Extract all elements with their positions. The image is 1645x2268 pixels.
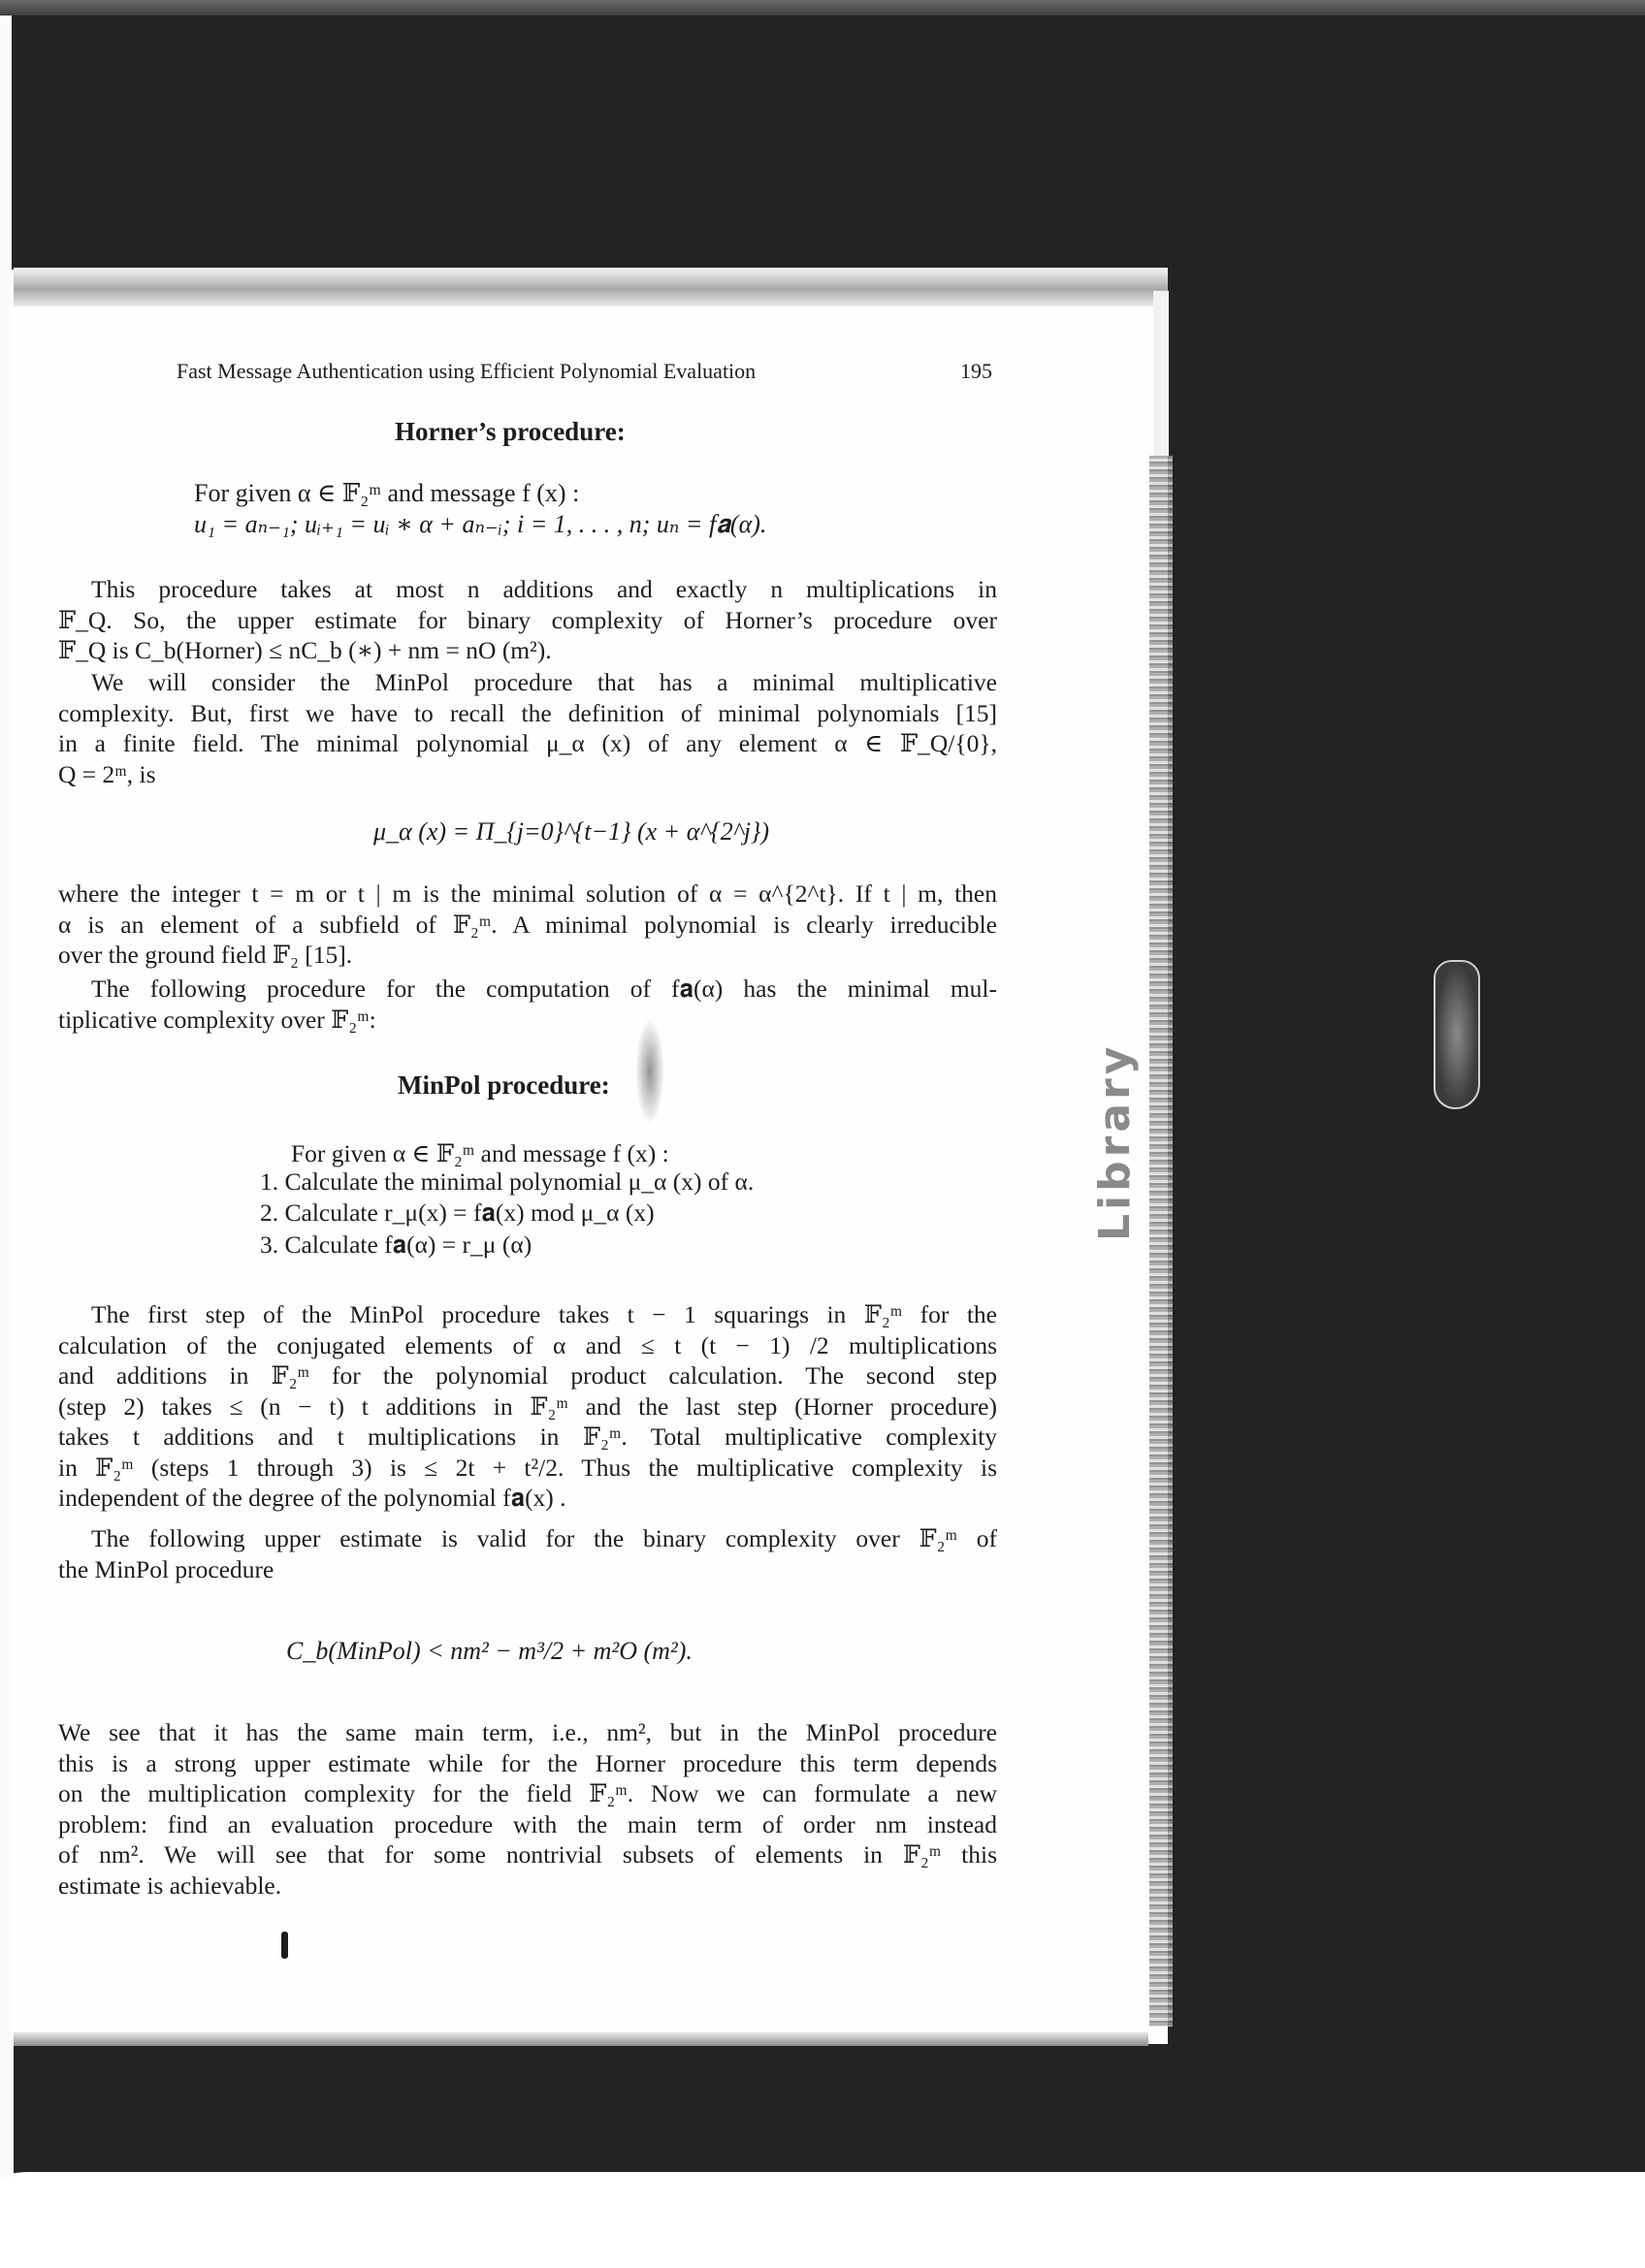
paragraph-conclusion: We see that it has the same main term, i… bbox=[58, 1717, 997, 1901]
minpol-step-2: 2. Calculate r_μ(x) = f𝐚(x) mod μ_α (x) bbox=[260, 1200, 655, 1226]
scanner-background-top bbox=[10, 16, 1645, 270]
text-line: (step 2) takes ≤ (n − t) t additions in … bbox=[58, 1391, 997, 1422]
text-line: 𝔽_Q. So, the upper estimate for binary c… bbox=[58, 605, 997, 636]
text-line: estimate is achievable. bbox=[58, 1870, 997, 1901]
text-line: of nm². We will see that for some nontri… bbox=[58, 1839, 997, 1870]
text-line: The following procedure for the computat… bbox=[58, 974, 997, 1005]
text-line: takes t additions and t multiplications … bbox=[58, 1421, 997, 1453]
library-stamp: Library bbox=[1090, 853, 1129, 1241]
text-line: tiplicative complexity over 𝔽₂ᵐ: bbox=[58, 1005, 997, 1036]
paragraph-minpol-complexity: The first step of the MinPol procedure t… bbox=[58, 1299, 997, 1514]
text-line: 𝔽_Q is C_b(Horner) ≤ nC_b (∗) + nm = nO … bbox=[58, 635, 997, 666]
paragraph-minimal-solution: where the integer t = m or t | m is the … bbox=[58, 878, 997, 971]
paragraph-procedure-lead-in: The following procedure for the computat… bbox=[58, 974, 997, 1035]
text-line: independent of the degree of the polynom… bbox=[58, 1483, 997, 1514]
running-title: Fast Message Authentication using Effici… bbox=[177, 361, 756, 382]
horner-procedure-title: Horner’s procedure: bbox=[395, 419, 626, 445]
text-line: in 𝔽₂ᵐ (steps 1 through 3) is ≤ 2t + t²/… bbox=[58, 1453, 997, 1484]
paragraph-binary-estimate: The following upper estimate is valid fo… bbox=[58, 1523, 997, 1584]
text-line: We will consider the MinPol procedure th… bbox=[58, 667, 997, 698]
text-line: over the ground field 𝔽₂ [15]. bbox=[58, 940, 997, 971]
text-line: The following upper estimate is valid fo… bbox=[58, 1523, 997, 1554]
text-line: in a finite field. The minimal polynomia… bbox=[58, 728, 997, 759]
minpol-procedure-given: For given α ∈ 𝔽₂ᵐ and message f (x) : bbox=[291, 1141, 669, 1166]
text-line: and additions in 𝔽₂ᵐ for the polynomial … bbox=[58, 1360, 997, 1391]
minpol-step-1: 1. Calculate the minimal polynomial μ_α … bbox=[260, 1169, 754, 1195]
page-bottom-edge bbox=[14, 2032, 1148, 2046]
horner-procedure-given: For given α ∈ 𝔽₂ᵐ and message f (x) : bbox=[194, 481, 579, 506]
scanner-background-right bbox=[1168, 262, 1645, 2046]
text-line: where the integer t = m or t | m is the … bbox=[58, 878, 997, 910]
page-top-edge bbox=[14, 268, 1168, 306]
dust-speck bbox=[1434, 960, 1480, 1109]
scanner-glass-bottom bbox=[0, 2172, 1645, 2268]
ink-mark bbox=[281, 1932, 288, 1959]
text-line: α is an element of a subfield of 𝔽₂ᵐ. A … bbox=[58, 910, 997, 941]
text-line: problem: find an evaluation procedure wi… bbox=[58, 1809, 997, 1840]
paragraph-horner-complexity: This procedure takes at most n additions… bbox=[58, 574, 997, 666]
horner-procedure-recurrence: u₁ = aₙ₋₁; uᵢ₊₁ = uᵢ ∗ α + aₙ₋ᵢ; i = 1, … bbox=[194, 512, 766, 537]
text-line: complexity. But, first we have to recall… bbox=[58, 698, 997, 729]
minpol-step-3: 3. Calculate f𝐚(α) = r_μ (α) bbox=[260, 1232, 532, 1258]
book-spine bbox=[1149, 456, 1173, 2027]
text-line: This procedure takes at most n additions… bbox=[58, 574, 997, 605]
text-line: We see that it has the same main term, i… bbox=[58, 1717, 997, 1748]
scanner-background-bottom bbox=[14, 2036, 1645, 2180]
page-spine-highlight bbox=[1153, 291, 1169, 456]
text-line: this is a strong upper estimate while fo… bbox=[58, 1748, 997, 1779]
minpol-bound-equation: C_b(MinPol) < nm² − m³/2 + m²O (m²). bbox=[286, 1639, 693, 1664]
text-line: the MinPol procedure bbox=[58, 1554, 997, 1585]
scanner-edge-left bbox=[0, 16, 12, 2178]
text-line: The first step of the MinPol procedure t… bbox=[58, 1299, 997, 1330]
text-line: calculation of the conjugated elements o… bbox=[58, 1330, 997, 1361]
page-number: 195 bbox=[960, 361, 992, 382]
minpol-procedure-title: MinPol procedure: bbox=[398, 1072, 610, 1099]
text-line: Q = 2ᵐ, is bbox=[58, 759, 997, 790]
minimal-polynomial-equation: μ_α (x) = Π_{j=0}^{t−1} (x + α^{2^j}) bbox=[373, 819, 769, 845]
paragraph-minpol-intro: We will consider the MinPol procedure th… bbox=[58, 667, 997, 789]
text-line: on the multiplication complexity for the… bbox=[58, 1778, 997, 1809]
